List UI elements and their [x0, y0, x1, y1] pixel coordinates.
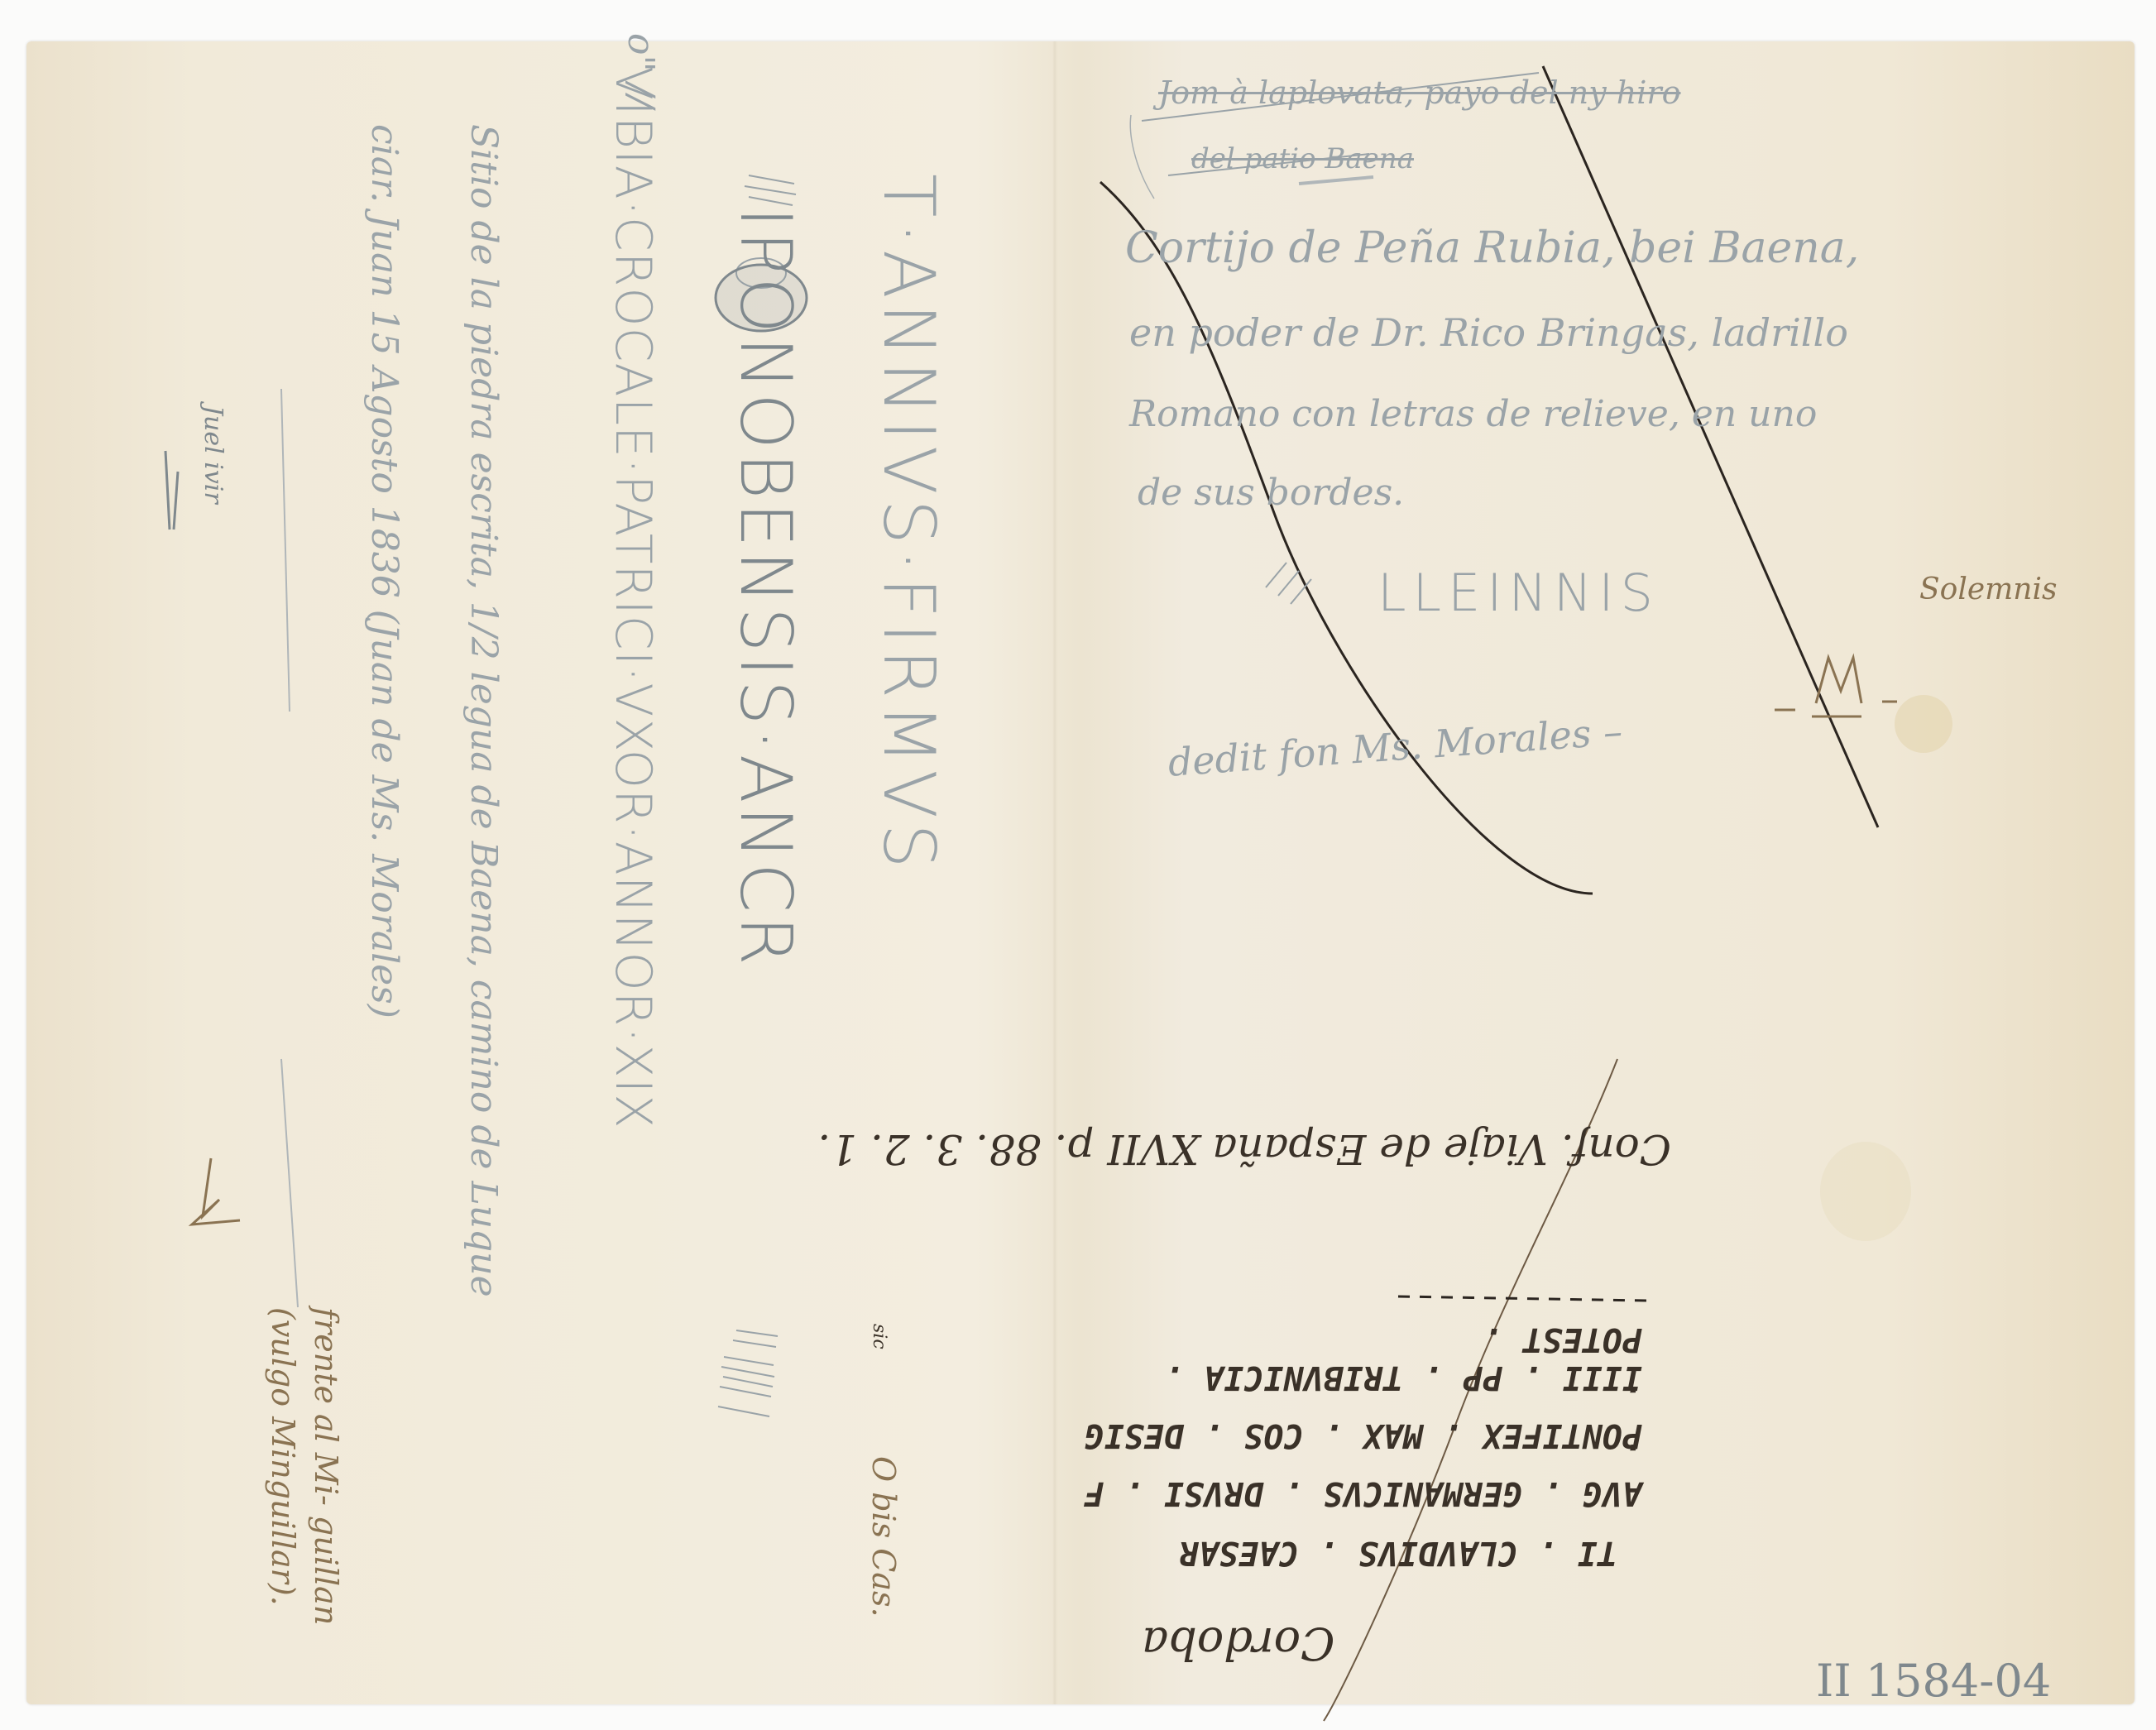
brown-note: frente al Mi- guillan (vulgo Minguillar)…	[261, 1307, 347, 1638]
vertical-inscription-line-3: VIBIA·CROCALE·PATRICI·VXOR·ANNOR·XIX	[604, 66, 662, 1129]
correction-solemnis: Solemnis	[1919, 573, 2057, 606]
catalog-number: II 1584-04	[1816, 1655, 2051, 1707]
inscription-line: TI . CLAVDIVS . CAESAR	[1179, 1534, 1617, 1572]
mark: //	[620, 84, 662, 108]
note-line: Romano con letras de relieve, en uno	[1129, 393, 1817, 435]
struck-header-line-1: Jom à laplovata, payo del ny hiro	[1158, 74, 1680, 111]
mark: o"	[620, 33, 662, 72]
top-marks: o" //	[620, 33, 662, 108]
reference-note: Conf. Viaje de España XVII p. 88. 3. 2. …	[1109, 1125, 1671, 1173]
site-note-line-2: ciar. Juan 15 Agosto 1836 (Juan de Ms. M…	[363, 124, 405, 1018]
struck-header-line-2: del patio Baena	[1191, 142, 1414, 175]
note-line: Cortijo de Peña Rubia, bei Baena,	[1125, 223, 1859, 273]
note-line: en poder de Dr. Rico Bringas, ladrillo	[1129, 310, 1848, 355]
note-line: de sus bordes.	[1138, 472, 1404, 514]
margin-note: Juel ivir	[199, 405, 228, 504]
vertical-inscription-line-2: IPONOBENSIS·ANCR	[724, 207, 807, 969]
place-cordoba: Cordoba	[1142, 1617, 1334, 1670]
inscription-line: IIII . PP . TRIBVNICIA . POTEST .	[1047, 1320, 1642, 1397]
circle-note: O bis Cas.	[865, 1456, 902, 1617]
site-note-line-1: Sitio de la piedra escrita, 1/2 legua de…	[462, 124, 505, 1297]
inscription-lleinnis: LLEINNIS	[1377, 563, 1660, 623]
vertical-inscription-line-1: T·ANNIVS·FIRMVS	[867, 174, 950, 874]
sic-mark: sic	[869, 1324, 889, 1349]
inverted-inscription-block: TI . CLAVDIVS . CAESAR AVG . GERMANICVS …	[1047, 1324, 1675, 1572]
